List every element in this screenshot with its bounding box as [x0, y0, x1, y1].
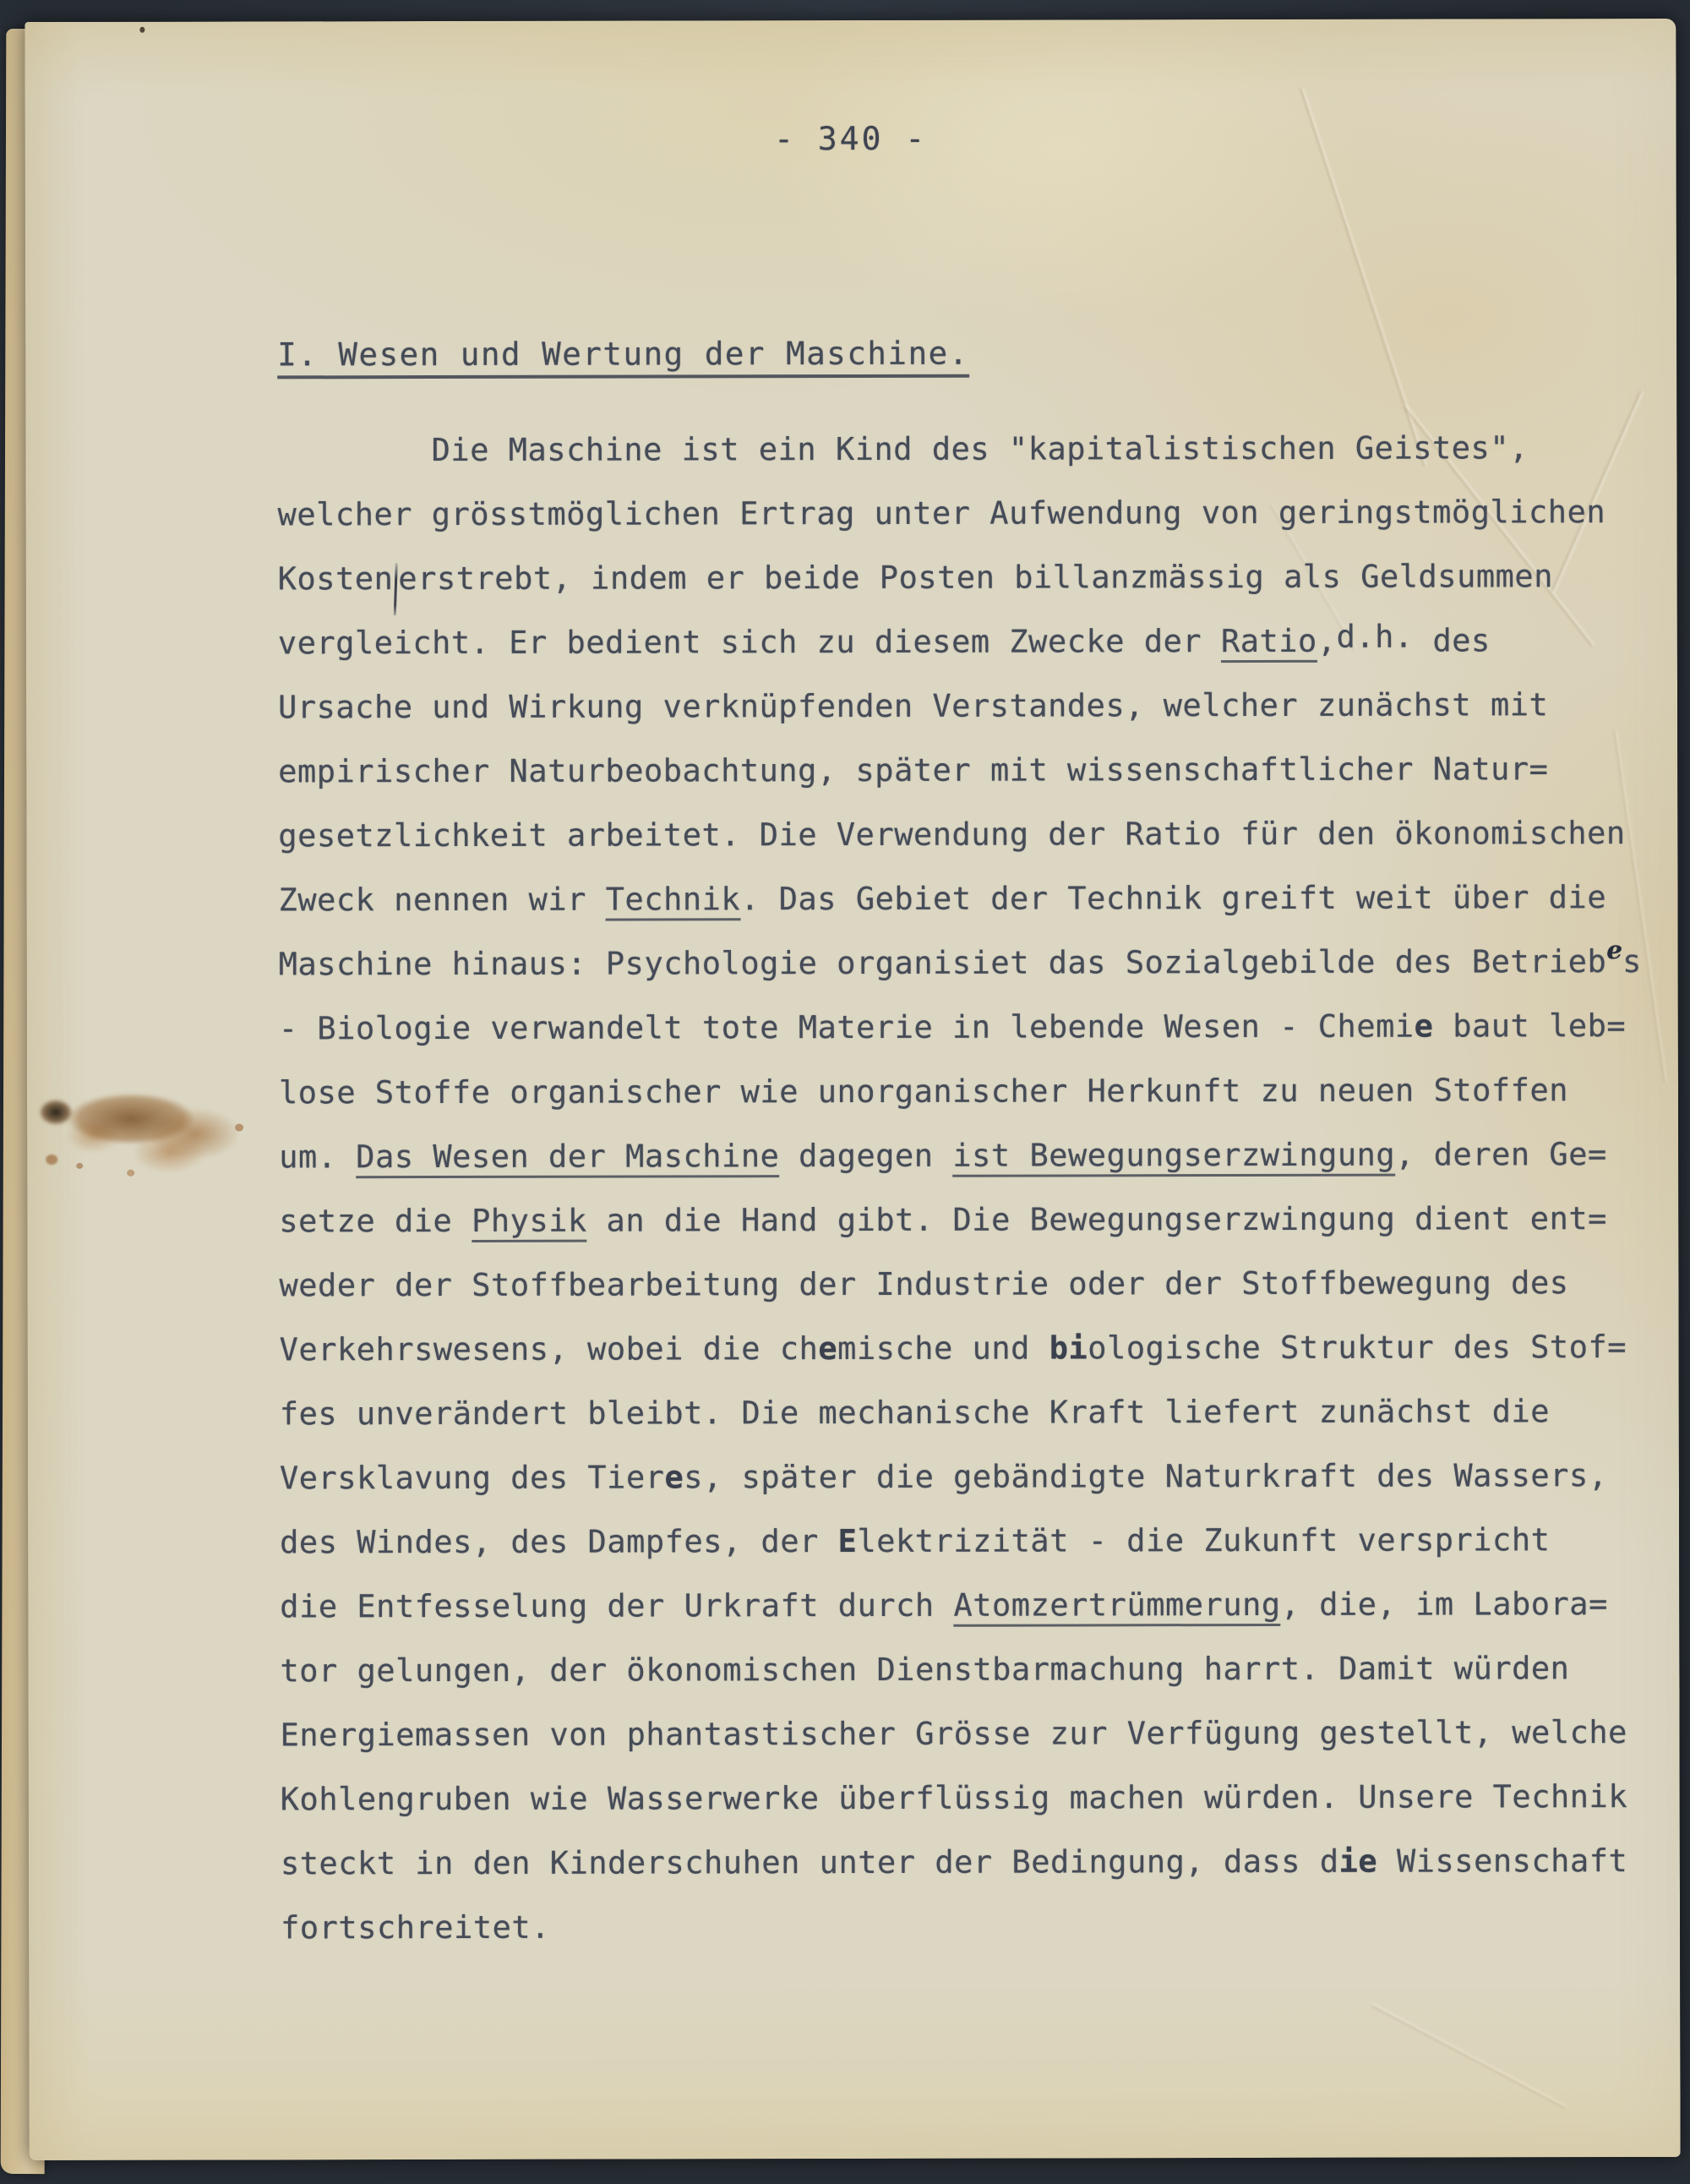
- text-segment: gesetzlichkeit arbeitet. Die Verwendung …: [278, 815, 1625, 854]
- text-line: gesetzlichkeit arbeitet. Die Verwendung …: [278, 801, 1655, 868]
- text-line: Verkehrswesens, wobei die chemische und …: [280, 1315, 1657, 1382]
- text-segment: s, später die gebändigte Naturkraft des …: [684, 1457, 1607, 1495]
- text-segment: weder der Stoffbearbeitung der Industrie…: [279, 1264, 1568, 1303]
- text-line: Kohlengruben wie Wasserwerke überflüssig…: [281, 1765, 1658, 1832]
- text-segment: die Entfesselung der Urkraft durch: [280, 1587, 953, 1625]
- text-line: weder der Stoffbearbeitung der Industrie…: [279, 1251, 1656, 1318]
- document-page: - 340 - I. Wesen und Wertung der Maschin…: [25, 19, 1680, 2160]
- text-segment: e: [664, 1459, 684, 1495]
- underlined-text: ist Bewegungserzwingung: [952, 1137, 1395, 1177]
- text-line: die Entfesselung der Urkraft durch Atomz…: [280, 1572, 1657, 1639]
- text-segment: d.h.: [1337, 619, 1414, 655]
- text-segment: ie: [1339, 1843, 1378, 1880]
- text-segment: Ursache und Wirkung verknüpfenden Versta…: [278, 686, 1548, 725]
- text-segment: baut leb=: [1433, 1007, 1626, 1044]
- text-segment: ologische Struktur des Stof=: [1088, 1329, 1627, 1366]
- ink-stain: [34, 1068, 245, 1196]
- inserted-letter: e: [1606, 935, 1622, 964]
- text-segment: welcher grösstmöglichen Ertrag unter Auf…: [278, 494, 1606, 532]
- text-line: empirischer Naturbeobachtung, später mit…: [278, 737, 1655, 804]
- underlined-text: Das Wesen der Maschine: [356, 1138, 779, 1178]
- text-segment: um.: [279, 1138, 356, 1175]
- text-line: Versklavung des Tieres, später die gebän…: [280, 1444, 1657, 1510]
- text-segment: Verkehrswesens, wobei die ch: [280, 1330, 819, 1368]
- underlined-text: Technik: [606, 881, 741, 920]
- stain-speck: [139, 27, 144, 33]
- text-line: steckt in den Kinderschuhen unter der Be…: [281, 1829, 1658, 1896]
- text-segment: lektrizität - die Zukunft verspricht: [857, 1521, 1550, 1559]
- page-number: - 340 -: [25, 118, 1676, 159]
- text-segment: Kosten: [278, 560, 394, 597]
- text-segment: des: [1414, 622, 1491, 658]
- stain-speck: [127, 1170, 134, 1177]
- text-segment: an die Hand gibt. Die Bewegungserzwingun…: [587, 1200, 1607, 1239]
- underlined-text: Ratio: [1221, 623, 1317, 663]
- text-segment: e: [1415, 1008, 1434, 1045]
- text-line: Ursache und Wirkung verknüpfenden Versta…: [278, 673, 1655, 740]
- text-segment: Energiemassen von phantastischer Grösse …: [281, 1714, 1627, 1753]
- text-segment: , deren Ge=: [1395, 1136, 1607, 1173]
- stain-speck: [46, 1155, 57, 1165]
- text-segment: Zweck nennen wir: [278, 882, 605, 919]
- text-line: - Biologie verwandelt tote Materie in le…: [279, 994, 1656, 1061]
- text-segment: dagegen: [779, 1138, 952, 1174]
- text-line: tor gelungen, der ökonomischen Dienstbar…: [280, 1636, 1657, 1703]
- text-segment: , die, im Labora=: [1281, 1586, 1608, 1623]
- text-segment: bi: [1049, 1330, 1088, 1366]
- stain-speck: [235, 1124, 243, 1132]
- text-segment: setze die: [279, 1203, 472, 1239]
- pen-stroke-mark: [393, 563, 397, 615]
- text-segment: Maschine hinaus: Psychologie organisiet …: [279, 943, 1607, 982]
- text-line: Energiemassen von phantastischer Grösse …: [281, 1701, 1658, 1767]
- text-line: Die Maschine ist ein Kind des "kapitalis…: [277, 416, 1655, 483]
- text-segment: lose Stoffe organischer wie unorganische…: [279, 1072, 1568, 1111]
- text-segment: ,: [1317, 623, 1337, 659]
- text-line: welcher grösstmöglichen Ertrag unter Auf…: [277, 480, 1655, 547]
- section-heading: I. Wesen und Wertung der Maschine.: [277, 335, 969, 374]
- text-segment: s: [1622, 943, 1642, 980]
- text-line: fortschreitet.: [281, 1893, 1658, 1960]
- text-line: lose Stoffe organischer wie unorganische…: [279, 1058, 1656, 1125]
- text-segment: empirischer Naturbeobachtung, später mit…: [278, 751, 1548, 789]
- text-segment: Versklavung des Tier: [280, 1459, 665, 1496]
- text-segment: steckt in den Kinderschuhen unter der Be…: [281, 1843, 1339, 1882]
- text-line: Maschine hinaus: Psychologie organisiet …: [279, 930, 1656, 996]
- stain-speck: [76, 1163, 83, 1169]
- text-segment: tor gelungen, der ökonomischen Dienstbar…: [280, 1650, 1569, 1689]
- text-segment: vergleicht. Er bedient sich zu diesem Zw…: [278, 623, 1221, 661]
- scanned-document: { "colors": { "background": "#272d34", "…: [0, 0, 1690, 2184]
- text-segment: des Windes, des Dampfes, der: [280, 1523, 838, 1560]
- text-segment: E: [838, 1523, 858, 1559]
- body-text: Die Maschine ist ein Kind des "kapitalis…: [277, 416, 1658, 1960]
- text-segment: fortschreitet.: [281, 1909, 550, 1946]
- text-line: um. Das Wesen der Maschine dagegen ist B…: [279, 1122, 1656, 1189]
- text-segment: erstrebt, indem er beide Posten billanzm…: [398, 558, 1553, 597]
- text-segment: Kohlengruben wie Wasserwerke überflüssig…: [281, 1778, 1627, 1817]
- text-segment: e: [818, 1330, 837, 1367]
- text-segment: mische und: [837, 1330, 1049, 1368]
- text-segment: fes unverändert bleibt. Die mechanische …: [280, 1393, 1550, 1432]
- text-line: Zweck nennen wir Technik. Das Gebiet der…: [278, 865, 1655, 932]
- text-line: setze die Physik an die Hand gibt. Die B…: [279, 1187, 1656, 1253]
- text-segment: Die Maschine ist ein Kind des "kapitalis…: [277, 429, 1529, 468]
- paper-crease: [1370, 2002, 1567, 2110]
- text-segment: Wissenschaft: [1377, 1843, 1627, 1880]
- text-line: vergleicht. Er bedient sich zu diesem Zw…: [278, 609, 1655, 675]
- underlined-text: Physik: [472, 1203, 587, 1242]
- text-line: des Windes, des Dampfes, der Elektrizitä…: [280, 1508, 1657, 1575]
- section-heading-text: I. Wesen und Wertung der Maschine.: [277, 335, 969, 379]
- text-line: fes unverändert bleibt. Die mechanische …: [280, 1379, 1657, 1446]
- text-segment: . Das Gebiet der Technik greift weit übe…: [740, 879, 1606, 917]
- underlined-text: Atomzertrümmerung: [953, 1586, 1280, 1627]
- text-segment: - Biologie verwandelt tote Materie in le…: [279, 1008, 1415, 1047]
- text-line: Kostenerstrebt, indem er beide Posten bi…: [278, 544, 1655, 611]
